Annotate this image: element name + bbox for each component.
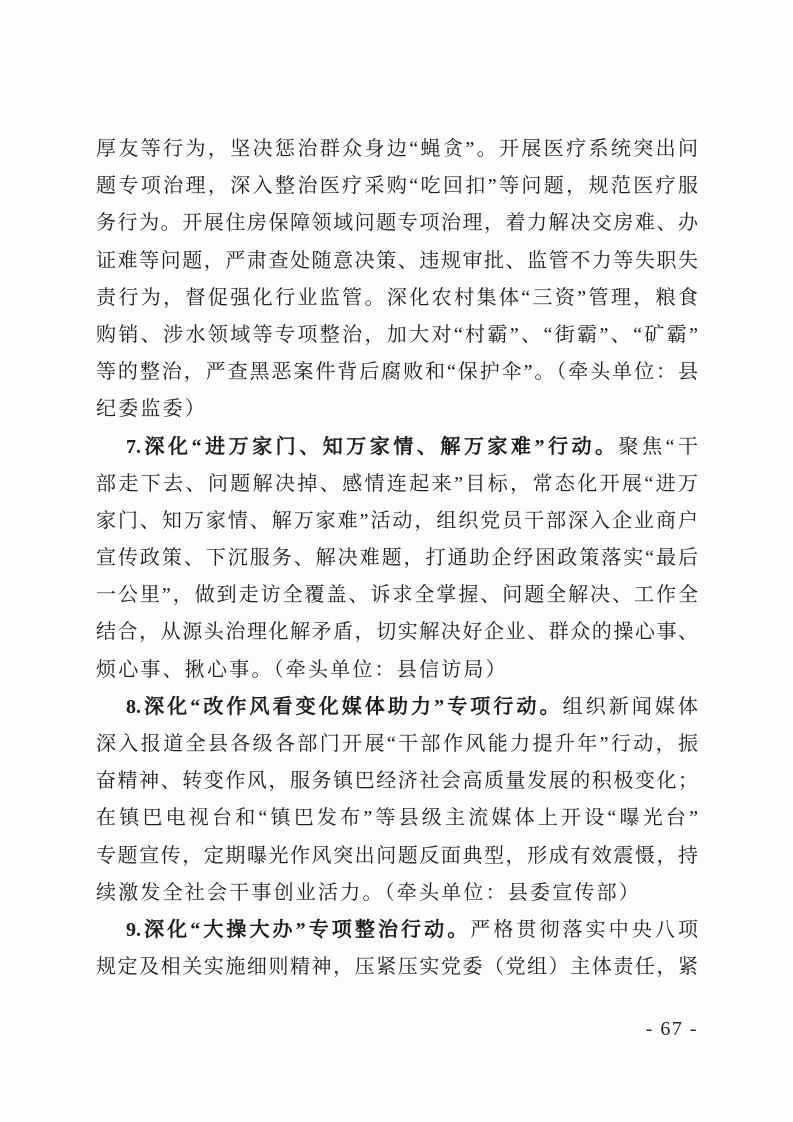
text-run: 纪委监委） (96, 398, 207, 420)
text-run: 严格贯彻落实中央八项 (470, 919, 698, 941)
text-line: 烦心事、揪心事。（牵头单位：县信访局） (96, 652, 698, 689)
heading-run: 8.深化“改作风看变化媒体助力”专项行动。 (126, 696, 563, 718)
text-line: 结合，从源头治理化解矛盾，切实解决好企业、群众的操心事、 (96, 614, 698, 651)
text-run: 深入报道全县各级各部门开展“干部作风能力提升年”行动，振 (96, 733, 698, 755)
text-line: 题专项治理，深入整治医疗采购“吃回扣”等问题，规范医疗服 (96, 168, 698, 205)
text-line: 一公里”，做到走访全覆盖、诉求全掌握、问题全解决、工作全 (96, 577, 698, 614)
text-line: 纪委监委） (96, 391, 698, 428)
page-number: - 67 - (96, 1016, 698, 1042)
text-line: 厚友等行为，坚决惩治群众身边“蝇贪”。开展医疗系统突出问 (96, 131, 698, 168)
text-line: 在镇巴电视台和“镇巴发布”等县级主流媒体上开设“曝光台” (96, 800, 698, 837)
text-line: 购销、涉水领域等专项整治，加大对“村霸”、“街霸”、“矿霸” (96, 317, 698, 354)
text-line: 宣传政策、下沉服务、解决难题，打通助企纾困政策落实“最后 (96, 540, 698, 577)
text-run: 组织新闻媒体 (563, 696, 698, 718)
text-run: 结合，从源头治理化解矛盾，切实解决好企业、群众的操心事、 (96, 621, 698, 643)
heading-run: 9.深化“大操大办”专项整治行动。 (126, 919, 470, 941)
text-run: 在镇巴电视台和“镇巴发布”等县级主流媒体上开设“曝光台” (96, 807, 698, 829)
text-line: 7.深化“进万家门、知万家情、解万家难”行动。聚焦“干 (96, 429, 698, 466)
text-line: 务行为。开展住房保障领域问题专项治理，着力解决交房难、办 (96, 205, 698, 242)
text-run: 烦心事、揪心事。（牵头单位：县信访局） (96, 659, 508, 681)
text-run: 务行为。开展住房保障领域问题专项治理，着力解决交房难、办 (96, 212, 698, 234)
text-line: 责行为，督促强化行业监管。深化农村集体“三资”管理，粮食 (96, 280, 698, 317)
text-run: 厚友等行为，坚决惩治群众身边“蝇贪”。开展医疗系统突出问 (96, 138, 698, 160)
text-run: 题专项治理，深入整治医疗采购“吃回扣”等问题，规范医疗服 (96, 175, 698, 197)
text-run: 等的整治，严查黑恶案件背后腐败和“保护伞”。（牵头单位：县 (96, 361, 698, 383)
text-run: 奋精神、转变作风，服务镇巴经济社会高质量发展的积极变化； (96, 770, 698, 792)
text-line: 续激发全社会干事创业活力。（牵头单位：县委宣传部） (96, 875, 698, 912)
text-run: 部走下去、问题解决掉、感情连起来”目标，常态化开展“进万 (96, 473, 698, 495)
text-run: 宣传政策、下沉服务、解决难题，打通助企纾困政策落实“最后 (96, 547, 698, 569)
text-line: 部走下去、问题解决掉、感情连起来”目标，常态化开展“进万 (96, 466, 698, 503)
text-line: 深入报道全县各级各部门开展“干部作风能力提升年”行动，振 (96, 726, 698, 763)
heading-run: 7.深化“进万家门、知万家情、解万家难”行动。 (126, 436, 619, 458)
text-line: 等的整治，严查黑恶案件背后腐败和“保护伞”。（牵头单位：县 (96, 354, 698, 391)
text-run: 聚焦“干 (619, 436, 698, 458)
text-run: 续激发全社会干事创业活力。（牵头单位：县委宣传部） (96, 882, 641, 904)
document-page: 厚友等行为，坚决惩治群众身边“蝇贪”。开展医疗系统突出问题专项治理，深入整治医疗… (0, 0, 793, 1122)
text-run: 证难等问题，严肃查处随意决策、违规审批、监管不力等失职失 (96, 250, 698, 272)
text-run: 规定及相关实施细则精神，压紧压实党委（党组）主体责任，紧 (96, 956, 698, 978)
text-run: 一公里”，做到走访全覆盖、诉求全掌握、问题全解决、工作全 (96, 584, 698, 606)
text-line: 奋精神、转变作风，服务镇巴经济社会高质量发展的积极变化； (96, 763, 698, 800)
text-line: 9.深化“大操大办”专项整治行动。严格贯彻落实中央八项 (96, 912, 698, 949)
text-run: 家门、知万家情、解万家难”活动，组织党员干部深入企业商户 (96, 510, 698, 532)
text-line: 8.深化“改作风看变化媒体助力”专项行动。组织新闻媒体 (96, 689, 698, 726)
text-line: 证难等问题，严肃查处随意决策、违规审批、监管不力等失职失 (96, 243, 698, 280)
text-run: 责行为，督促强化行业监管。深化农村集体“三资”管理，粮食 (96, 287, 698, 309)
text-line: 家门、知万家情、解万家难”活动，组织党员干部深入企业商户 (96, 503, 698, 540)
document-body: 厚友等行为，坚决惩治群众身边“蝇贪”。开展医疗系统突出问题专项治理，深入整治医疗… (96, 131, 698, 986)
text-run: 购销、涉水领域等专项整治，加大对“村霸”、“街霸”、“矿霸” (96, 324, 698, 346)
text-line: 专题宣传，定期曝光作风突出问题反面典型，形成有效震慑，持 (96, 838, 698, 875)
text-line: 规定及相关实施细则精神，压紧压实党委（党组）主体责任，紧 (96, 949, 698, 986)
text-run: 专题宣传，定期曝光作风突出问题反面典型，形成有效震慑，持 (96, 845, 698, 867)
